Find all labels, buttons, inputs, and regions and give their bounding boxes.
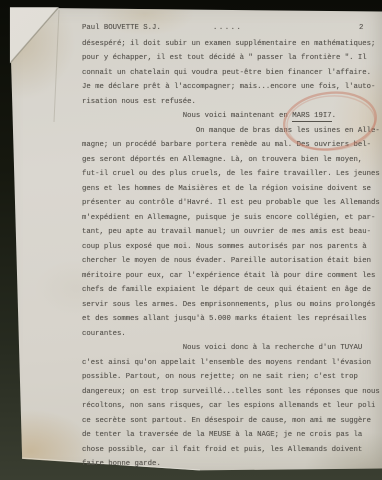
typed-line: ce secrète sont partout. En désespoir de… (82, 414, 382, 429)
typed-line: présenter au contrôle d'Havré. Il est pe… (82, 196, 382, 211)
typed-line: ges seront déportés en Allemagne. Là, on… (82, 153, 382, 168)
typed-line: servir sous les armes. Des emprisonnemen… (82, 298, 382, 313)
typed-line: méritoire pour eux, car l'expérience éta… (82, 269, 382, 284)
typed-line: fut-il cruel ou des plus cruels, de les … (82, 167, 382, 182)
typed-line: pour y échapper, il est tout décidé à " … (82, 51, 382, 66)
page-number: 2 (359, 22, 363, 34)
typed-line: courantes. (82, 327, 382, 342)
typed-line: tant, peu apte au travail manuel; un ouv… (82, 225, 382, 240)
typed-line: m'expédient en Allemagne, puisque je sui… (82, 211, 382, 226)
typed-line: dangereux; on est trop surveillé...telle… (82, 385, 382, 400)
typed-line: coup plus exposé que moi. Nous sommes au… (82, 240, 382, 255)
typed-line: possible. Partout, on nous rejette; on n… (82, 370, 382, 385)
typed-line: magne; un procédé barbare portera remède… (82, 138, 382, 153)
typed-line: On manque de bras dans les usines en All… (82, 124, 382, 139)
typed-line: risation nous est refusée. (82, 95, 382, 110)
typed-line: gens et les hommes de Maisières et de la… (82, 182, 382, 197)
typed-line: Nous voici donc à la recherche d'un TUYA… (82, 341, 382, 356)
typed-line: chose possible, car il fait froid et pui… (82, 443, 382, 458)
author-name: Paul BOUVETTE S.J. (82, 22, 161, 34)
typed-line: connaît un chatelain qui voudra peut-êtr… (82, 66, 382, 81)
typed-line: récoltons, non sans risques, car les esp… (82, 399, 382, 414)
typed-line: faire bonne garde. (82, 457, 382, 472)
typed-line: Je me déclare prêt à l'accompagner; mais… (82, 80, 382, 95)
separator-dots: ..... (213, 22, 242, 34)
typed-line: chercher le moyen de nous évader. Pareil… (82, 254, 382, 269)
document-photo: Paul BOUVETTE S.J. ..... 2 désespéré; il… (0, 0, 382, 480)
typed-lines: désespéré; il doit subir un examen suppl… (82, 37, 382, 472)
typed-line: Nous voici maintenant en MARS 19I7. (82, 109, 382, 124)
typed-line: et des sommes allant jusqu'à 5.000 marks… (82, 312, 382, 327)
typed-line: de tenter la traversée de la MEUSE à la … (82, 428, 382, 443)
typed-line: c'est ainsi qu'on appelait l'ensemble de… (82, 356, 382, 371)
typed-line: désespéré; il doit subir un examen suppl… (82, 37, 382, 52)
underlined-date: MARS 19I7 (292, 112, 331, 122)
typed-line: chefs de famille expiaient le départ de … (82, 283, 382, 298)
